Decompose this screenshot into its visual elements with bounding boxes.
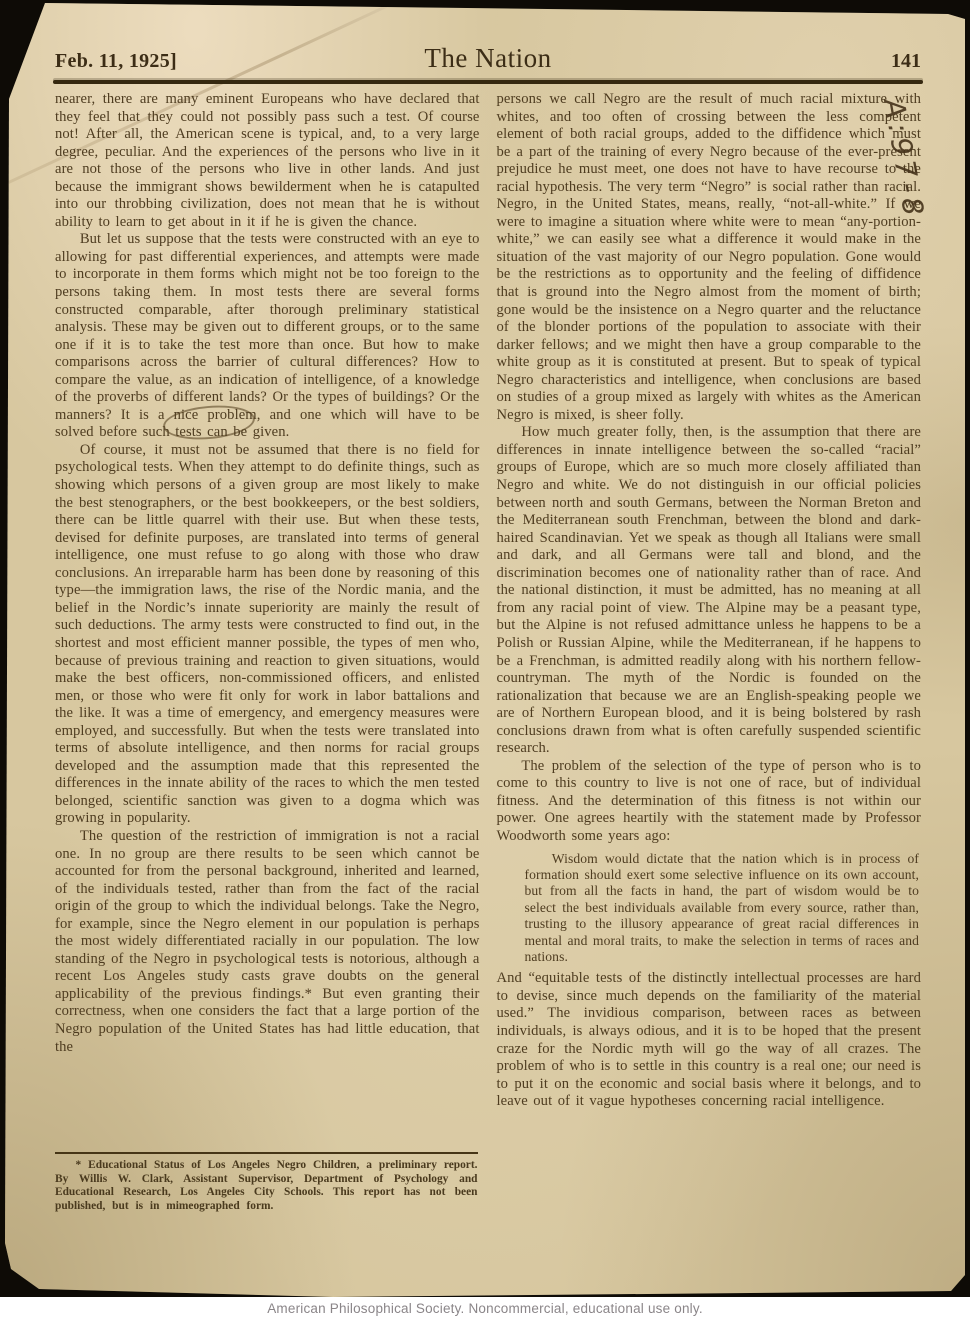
footer-strip: American Philosophical Society. Noncomme… xyxy=(0,1297,970,1320)
right-column: persons we call Negro are the result of … xyxy=(497,91,922,1297)
paragraph: The problem of the selection of the type… xyxy=(497,758,922,846)
publication-title: The Nation xyxy=(344,43,633,74)
paragraph: persons we call Negro are the result of … xyxy=(497,91,922,424)
scanned-magazine-page: Feb. 11, 1925] The Nation 141 nearer, th… xyxy=(3,3,965,1297)
paragraph: The question of the restriction of immig… xyxy=(55,828,480,1056)
page-header: Feb. 11, 1925] The Nation 141 xyxy=(55,43,921,77)
paragraph: Of course, it must not be assumed that t… xyxy=(55,442,480,828)
header-rule xyxy=(53,80,923,84)
paragraph: But let us suppose that the tests were c… xyxy=(55,231,480,442)
issue-date: Feb. 11, 1925] xyxy=(55,50,344,73)
scanned-page-background: { "page": { "header": { "date": "Feb. 11… xyxy=(0,0,970,1320)
article-body: nearer, there are many eminent Europeans… xyxy=(55,91,921,1297)
block-quote: Wisdom would dictate that the nation whi… xyxy=(525,851,920,966)
footnote: * Educational Status of Los Angeles Negr… xyxy=(55,1152,478,1213)
paragraph: And “equitable tests of the distinctly i… xyxy=(497,970,922,1110)
paragraph: nearer, there are many eminent Europeans… xyxy=(55,91,480,231)
paragraph: How much greater folly, then, is the ass… xyxy=(497,424,922,757)
footer-credit: American Philosophical Society. Noncomme… xyxy=(267,1301,703,1316)
left-column: nearer, there are many eminent Europeans… xyxy=(55,91,480,1297)
